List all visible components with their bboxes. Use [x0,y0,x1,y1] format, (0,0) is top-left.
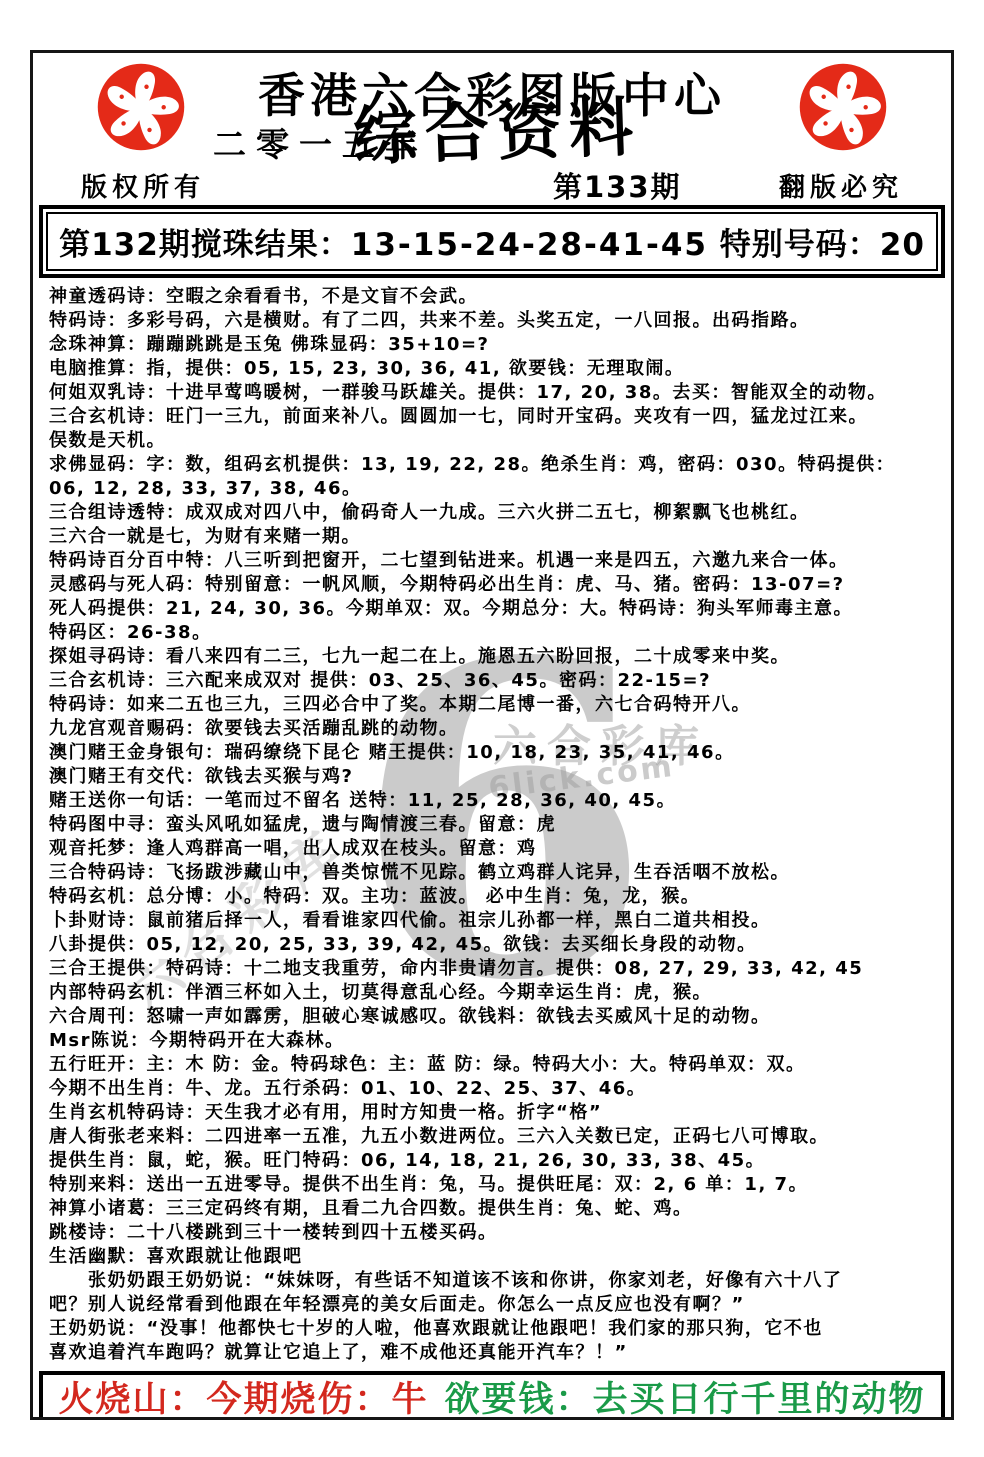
tips-body: 6 六合彩库 6lick.com 六合彩库 神童透码诗：空暇之余看看书，不是文盲… [33,278,951,1365]
result-special: 特别号码：20 [708,227,925,263]
body-line: 澳门赌王有交代：欲钱去买猴与鸡? [49,765,935,789]
body-line: 特码图中寻：蛮头风吼如猛虎，遗与陶情渡三春。留意：虎 [49,813,935,837]
body-line: 特码区：26-38。 [49,621,935,645]
body-line: 探姐寻码诗：看八来四有二三，七九一起二在上。施恩五六盼回报，二十成零来中奖。 [49,645,935,669]
result-numbers: 13-15-24-28-41-45 [351,227,708,263]
body-line: 喜欢追着汽车跑吗？就算让它追上了，难不成他还真能开汽车？！” [49,1341,935,1365]
body-line: 死人码提供：21, 24, 30, 36。今期单双：双。今期总分：大。特码诗：狗… [49,597,935,621]
body-line: 六合周刊：怒啸一声如霹雳，胆破心寒诚感叹。欲钱料：欲钱去买威风十足的动物。 [49,1005,935,1029]
body-line: Msr陈说：今期特码开在大森林。 [49,1029,935,1053]
body-line: 提供生肖：鼠，蛇，猴。旺门特码：06, 14, 18, 21, 26, 30, … [49,1149,935,1173]
body-line: 神算小诸葛：三三定码终有期，且看二九合四数。提供生肖：兔、蛇、鸡。 [49,1197,935,1221]
body-line: 观音托梦：逢人鸡群高一唱，出人成双在枝头。留意：鸡 [49,837,935,861]
body-line: 九龙宫观音赐码：欲要钱去买活蹦乱跳的动物。 [49,717,935,741]
body-line: 王奶奶说：“没事！他都快七十岁的人啦，他喜欢跟就让他跟吧！我们家的那只狗，它不也 [49,1317,935,1341]
result-box: 第132期搅珠结果：13-15-24-28-41-45 特别号码：20 [39,205,945,278]
page-frame: 香港六合彩图版中心 二零一五年 综合资料 第133期 版权所有 翻版必究 第13… [30,50,954,1420]
footer-green-text: 欲要钱：去买日行千里的动物 [445,1372,926,1420]
body-line: 跳楼诗：二十八楼跳到三十一楼转到四十五楼买码。 [49,1221,935,1245]
body-line: 赌王送你一句话：一笔而过不留名 送特：11, 25, 28, 36, 40, 4… [49,789,935,813]
body-line: 张奶奶跟王奶奶说：“妹妹呀，有些话不知道该不该和你讲，你家刘老，好像有六十八了 [49,1269,935,1293]
body-line: 灵感码与死人码：特别留意：一帆风顺，今期特码必出生肖：虎、马、猪。密码：13-0… [49,573,935,597]
body-line: 特码诗：多彩号码，六是横财。有了二四，共来不差。头奖五定，一八回报。出码指路。 [49,309,935,333]
body-line: 06, 12, 28, 33, 37, 38, 46。 [49,477,935,501]
body-line: 卜卦财诗：鼠前猪后择一人，看看谁家四代偷。祖宗儿孙都一样，黑白二道共相投。 [49,909,935,933]
body-line: 特别来料：送出一五进零导。提供不出生肖：兔，马。提供旺尾：双：2, 6 单：1,… [49,1173,935,1197]
body-line: 神童透码诗：空暇之余看看书，不是文盲不会武。 [49,285,935,309]
copyright-right: 翻版必究 [779,167,903,204]
body-line: 三合玄机诗：旺门一三九，前面来补八。圆圆加一七，同时开宝码。夹攻有一四，猛龙过江… [49,405,935,429]
body-line: 三六合一就是七，为财有来赌一期。 [49,525,935,549]
body-line: 吧？别人说经常看到他跟在年轻漂亮的美女后面走。你怎么一点反应也没有啊？” [49,1293,935,1317]
header: 香港六合彩图版中心 二零一五年 综合资料 第133期 版权所有 翻版必究 [33,53,951,205]
lottery-tip-sheet: { "header": { "title": "香港六合彩图版中心", "yea… [0,0,984,1457]
body-line: 特码玄机：总分博：小。特码：双。主功：蓝波。 必中生肖：兔，龙，猴。 [49,885,935,909]
body-line: 三合组诗透特：成双成对四八中，偷码奇人一九成。三六火拼二五七，柳絮飘飞也桃红。 [49,501,935,525]
hk-bauhinia-flag-icon [797,61,889,153]
body-line: 五行旺开：主：木 防：金。特码球色：主：蓝 防：绿。特码大小：大。特码单双：双。 [49,1053,935,1077]
body-line: 生活幽默：喜欢跟就让他跟吧 [49,1245,935,1269]
footer-red-text: 火烧山：今期烧伤：牛 [58,1372,428,1420]
body-line: 念珠神算：蹦蹦跳跳是玉兔 佛珠显码：35+10=? [49,333,935,357]
body-line: 求佛显码：字：数，组码玄机提供：13, 19, 22, 28。绝杀生肖：鸡，密码… [49,453,935,477]
copyright-left: 版权所有 [81,167,205,204]
body-line: 内部特码玄机：伴酒三杯如入土，切莫得意乱心经。今期幸运生肖：虎，猴。 [49,981,935,1005]
body-line: 澳门赌王金身银句：瑞码缭绕下昆仑 赌王提供：10, 18, 23, 35, 41… [49,741,935,765]
body-line: 三合特码诗：飞扬跋涉藏山中，兽类惊慌不见踪。鹤立鸡群人诧异，生吞活咽不放松。 [49,861,935,885]
body-line: 今期不出生肖：牛、龙。五行杀码：01、10、22、25、37、46。 [49,1077,935,1101]
body-lines: 神童透码诗：空暇之余看看书，不是文盲不会武。特码诗：多彩号码，六是横财。有了二四… [49,285,935,1365]
body-line: 电脑推算：指，提供：05, 15, 23, 30, 36, 41, 欲要钱：无理… [49,357,935,381]
body-line: 三合玄机诗：三六配来成双对 提供：03、25、36、45。密码：22-15=? [49,669,935,693]
result-label: 第132期搅珠结果： [59,227,351,263]
subtitle-calligraphy: 综合资料 [352,96,642,170]
body-line: 何姐双乳诗：十进早莺鸣暖树，一群骏马跃雄关。提供：17, 20, 38。去买：智… [49,381,935,405]
result-line: 第132期搅珠结果：13-15-24-28-41-45 特别号码：20 [46,212,938,271]
footer-box: 火烧山：今期烧伤：牛 欲要钱：去买日行千里的动物 [39,1371,945,1420]
issue-number: 第133期 [553,165,682,206]
body-line: 唐人街张老来料：二四进率一五准，九五小数进两位。三六入关数已定，正码七八可博取。 [49,1125,935,1149]
body-line: 三合王提供：特码诗：十二地支我重劳，命内非贵请勿言。提供：08, 27, 29,… [49,957,935,981]
body-line: 特码诗百分百中特：八三听到把窗开，二七望到钻进来。机遇一来是四五，六邀九来合一体… [49,549,935,573]
body-line: 八卦提供：05, 12, 20, 25, 33, 39, 42, 45。欲钱：去… [49,933,935,957]
body-line: 生肖玄机特码诗：天生我才必有用，用时方知贵一格。折字“格” [49,1101,935,1125]
body-line: 俣数是天机。 [49,429,935,453]
body-line: 特码诗：如来二五也三九，三四必合中了奖。本期二尾博一番，六七合码特开八。 [49,693,935,717]
